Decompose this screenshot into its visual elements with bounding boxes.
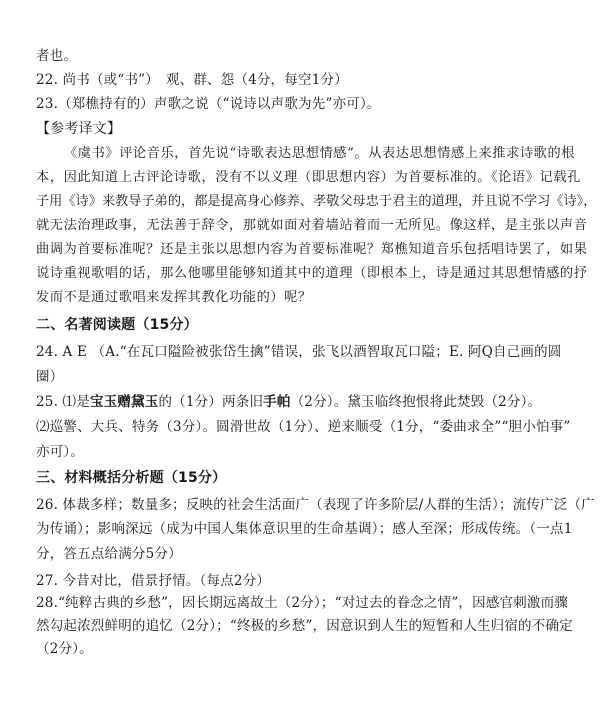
- answer-26-cont: 分，答五点给满分5分）: [36, 545, 182, 563]
- answer-25-part2: ⑵巡警、大兵、特务（3分）。圆滑世故（1分）、逆来顺受（1分，“委曲求全”“胆小…: [36, 418, 570, 436]
- answer-23: 23.（郑樵持有的）声歌之说（“说诗以声歌为先”亦可）。: [36, 95, 381, 113]
- answer-22: 22. 尚书（或“书”） 观、群、怨（4分，每空1分）: [36, 71, 348, 89]
- answer-26: 26. 体裁多样；数量多；反映的社会生活面广（表现了许多阶层/人群的生活）；流传…: [36, 496, 595, 514]
- answer-key-page: 者也。 22. 尚书（或“书”） 观、群、怨（4分，每空1分） 23.（郑樵持有…: [0, 0, 600, 716]
- answer-25-bold-handkerchief: 手帕: [263, 394, 290, 410]
- answer-24: 24. A E （A.“在瓦口隘险被张岱生擒”错误，张飞以酒智取瓦口隘；E. 阿…: [36, 343, 562, 361]
- answer-24-cont: 圈）: [36, 368, 63, 386]
- translation-line: 曲调为首要标准呢？还是主张以思想内容为首要标准呢？郑樵知道音乐包括唱诗罢了，如果: [36, 241, 588, 259]
- translation-heading: 【参考译文】: [36, 120, 121, 138]
- answer-26-cont: 为传诵）；影响深远（成为中国人集体意识里的生命基调）；感人至深；形成传统。（一点…: [36, 520, 573, 538]
- answer-28-cont: 然勾起浓烈鲜明的追忆（2分）；“终极的乡愁”，因意识到人生的短暂和人生归宿的不确…: [36, 617, 573, 635]
- translation-line: 《虞书》评论音乐，首先说“诗歌表达思想情感”。从表达思想情感上来推求诗歌的根: [64, 145, 575, 163]
- translation-line: 本，因此知道上古评论诗歌，没有不以义理（即思想内容）为首要标准的。《论语》记载孔: [36, 169, 581, 187]
- section-3-heading: 三、材料概括分析题（15分）: [36, 469, 226, 487]
- answer-25-bold-gift: 宝玉赠黛玉: [90, 394, 159, 410]
- translation-line: 发而不是通过歌唱来发挥其教化功能的）呢？: [36, 289, 312, 307]
- answer-28-cont: （2分）。: [36, 640, 93, 658]
- answer-27: 27. 今昔对比，借景抒情。（每点2分）: [36, 572, 270, 590]
- answer-25-mid: 的（1分）两条旧: [158, 394, 263, 410]
- translation-line: 说诗重视歌唱的话，那么他哪里能够知道其中的道理（即根本上，诗是通过其思想情感的抒: [36, 265, 588, 283]
- translation-line: 子用《诗》来教导子弟的，都是提高身心修养、孝敬父母忠于君主的道理，并且说不学习《…: [36, 193, 596, 211]
- section-2-heading: 二、名著阅读题（15分）: [36, 316, 198, 334]
- answer-25-part2-cont: 亦可）。: [36, 443, 84, 461]
- translation-line: 就无法治理政事，无法善于辞令，那就如面对着墙站着而一无所见。像这样，是主张以声音: [36, 217, 588, 235]
- answer-25-suffix: （2分）。黛玉临终抱恨将此焚毁（2分）。: [291, 394, 542, 410]
- answer-25-prefix: 25. ⑴是: [36, 394, 90, 410]
- answer-25-part1: 25. ⑴是宝玉赠黛玉的（1分）两条旧手帕（2分）。黛玉临终抱恨将此焚毁（2分）…: [36, 393, 541, 411]
- answer-28: 28.“纯粹古典的乡愁”，因长期远离故土（2分）；“对过去的眷念之情”，因感官刺…: [36, 594, 568, 612]
- continuation-text: 者也。: [36, 47, 77, 65]
